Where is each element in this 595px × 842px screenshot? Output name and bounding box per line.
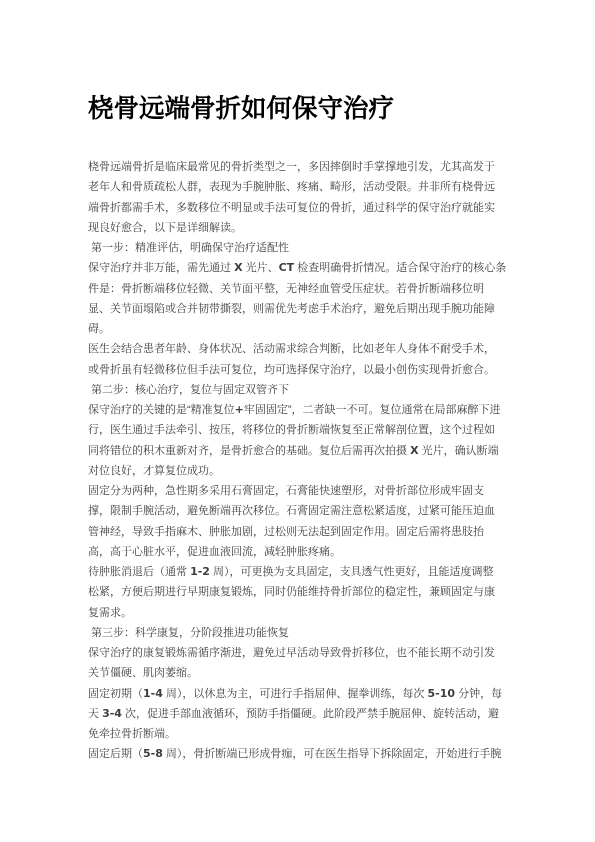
text-line: 高，高于心脏水平，促进血液回流，减轻肿胀疼痛。 (88, 542, 518, 562)
paragraph: 固定初期（1-4 周），以休息为主，可进行手指屈伸、握拳训练，每次 5-10 分… (88, 684, 518, 745)
text-line: 松紧，方便后期进行早期康复锻炼，同时仍能维持骨折部位的稳定性，兼顾固定与康 (88, 582, 518, 602)
text-line: 固定后期（5-8 周），骨折断端已形成骨痂，可在医生指导下拆除固定，开始进行手腕 (88, 744, 518, 764)
text-line: 端骨折都需手术，多数移位不明显或手法可复位的骨折，通过科学的保守治疗就能实 (88, 198, 518, 218)
latin-text: 3-4 (102, 707, 122, 720)
text-line: 保守治疗并非万能，需先通过 X 光片、CT 检查明确骨折情况。适合保守治疗的核心… (88, 258, 518, 278)
latin-text: X (234, 261, 242, 274)
text-line: 保守治疗的康复锻炼需循序渐进，避免过早活动导致骨折移位，也不能长期不动引发 (88, 643, 518, 663)
text-line: 碍。 (88, 319, 518, 339)
document-page: 桡骨远端骨折如何保守治疗 桡骨远端骨折是临床最常见的骨折类型之一，多因摔倒时手掌… (0, 0, 595, 842)
paragraph: 待肿胀消退后（通常 1-2 周），可更换为支具固定，支具透气性更好，且能适度调整… (88, 562, 518, 623)
latin-text: 5-8 (143, 747, 163, 760)
latin-text: 5-10 (428, 687, 456, 700)
text-line: 复需求。 (88, 603, 518, 623)
text-line: 固定初期（1-4 周），以休息为主，可进行手指屈伸、握拳训练，每次 5-10 分… (88, 684, 518, 704)
latin-text: X (410, 444, 418, 457)
text-line: 固定分为两种，急性期多采用石膏固定，石膏能快速塑形，对骨折部位形成牢固支 (88, 481, 518, 501)
text-line: 第一步：精准评估，明确保守治疗适配性 (88, 238, 518, 258)
text-line: 关节僵硬、肌肉萎缩。 (88, 663, 518, 683)
text-line: 第三步：科学康复，分阶段推进功能恢复 (88, 623, 518, 643)
text-line: 桡骨远端骨折是临床最常见的骨折类型之一，多因摔倒时手掌撑地引发，尤其高发于 (88, 157, 518, 177)
paragraph: 固定后期（5-8 周），骨折断端已形成骨痂，可在医生指导下拆除固定，开始进行手腕 (88, 744, 518, 764)
latin-text: + (235, 403, 244, 416)
text-line: 行，医生通过手法牵引、按压，将移位的骨折断端恢复至正常解剖位置，这个过程如 (88, 420, 518, 440)
text-line: 件是：骨折断端移位轻微、关节面平整，无神经血管受压症状。若骨折断端移位明 (88, 279, 518, 299)
text-line: 现良好愈合，以下是详细解读。 (88, 218, 518, 238)
text-line: 老年人和骨质疏松人群，表现为手腕肿胀、疼痛、畸形，活动受限。并非所有桡骨远 (88, 177, 518, 197)
latin-text: CT (279, 261, 295, 274)
text-line: 对位良好，才算复位成功。 (88, 461, 518, 481)
text-line: 或骨折虽有轻微移位但手法可复位，均可选择保守治疗，以最小创伤实现骨折愈合。 (88, 360, 518, 380)
latin-text: 1-4 (143, 687, 163, 700)
section-heading: 第二步：核心治疗，复位与固定双管齐下 (88, 380, 518, 400)
paragraph: 保守治疗的关键的是“精准复位+牢固固定”，二者缺一不可。复位通常在局部麻醉下进行… (88, 400, 518, 481)
text-line: 免牵拉骨折断端。 (88, 724, 518, 744)
paragraph: 固定分为两种，急性期多采用石膏固定，石膏能快速塑形，对骨折部位形成牢固支撑，限制… (88, 481, 518, 562)
text-line: 第二步：核心治疗，复位与固定双管齐下 (88, 380, 518, 400)
text-line: 天 3-4 次，促进手部血液循环，预防手指僵硬。此阶段严禁手腕屈伸、旋转活动，避 (88, 704, 518, 724)
text-line: 管神经，导致手指麻木、肿胀加剧，过松则无法起到固定作用。固定后需将患肢抬 (88, 522, 518, 542)
document-title: 桡骨远端骨折如何保守治疗 (88, 93, 394, 125)
paragraph: 桡骨远端骨折是临床最常见的骨折类型之一，多因摔倒时手掌撑地引发，尤其高发于老年人… (88, 157, 518, 238)
paragraph: 医生会结合患者年龄、身体状况、活动需求综合判断，比如老年人身体不耐受手术，或骨折… (88, 339, 518, 380)
section-heading: 第三步：科学康复，分阶段推进功能恢复 (88, 623, 518, 643)
paragraph: 保守治疗的康复锻炼需循序渐进，避免过早活动导致骨折移位，也不能长期不动引发关节僵… (88, 643, 518, 684)
text-line: 显、关节面塌陷或合并韧带撕裂，则需优先考虑手术治疗，避免后期出现手腕功能障 (88, 299, 518, 319)
text-line: 待肿胀消退后（通常 1-2 周），可更换为支具固定，支具透气性更好，且能适度调整 (88, 562, 518, 582)
text-line: 撑，限制手腕活动，避免断端再次移位。石膏固定需注意松紧适度，过紧可能压迫血 (88, 501, 518, 521)
section-heading: 第一步：精准评估，明确保守治疗适配性 (88, 238, 518, 258)
latin-text: 1-2 (190, 565, 210, 578)
text-line: 医生会结合患者年龄、身体状况、活动需求综合判断，比如老年人身体不耐受手术， (88, 339, 518, 359)
paragraph: 保守治疗并非万能，需先通过 X 光片、CT 检查明确骨折情况。适合保守治疗的核心… (88, 258, 518, 339)
text-line: 保守治疗的关键的是“精准复位+牢固固定”，二者缺一不可。复位通常在局部麻醉下进 (88, 400, 518, 420)
text-line: 同将错位的积木重新对齐，是骨折愈合的基础。复位后需再次拍摄 X 光片，确认断端 (88, 441, 518, 461)
document-body: 桡骨远端骨折是临床最常见的骨折类型之一，多因摔倒时手掌撑地引发，尤其高发于老年人… (88, 157, 518, 765)
